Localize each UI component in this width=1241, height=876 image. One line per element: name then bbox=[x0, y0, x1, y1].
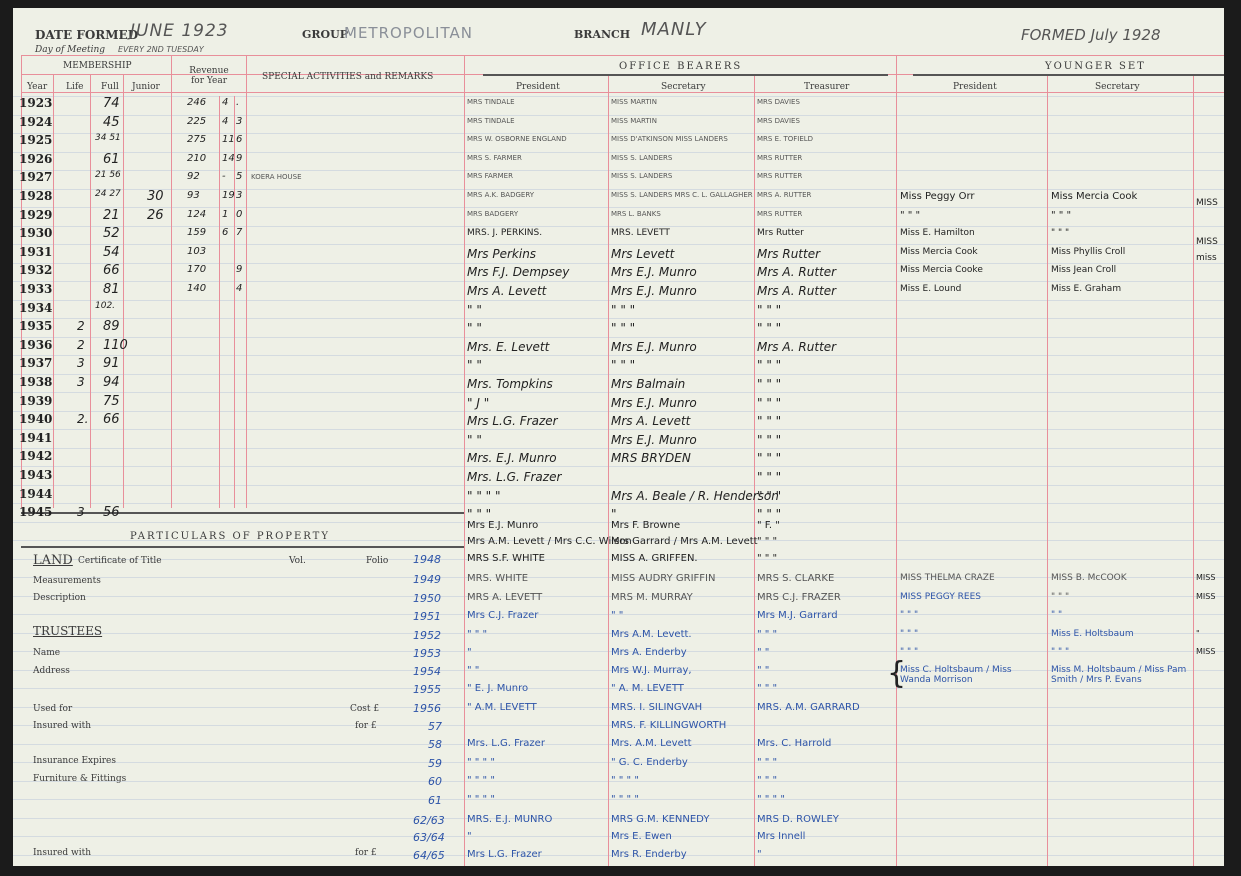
life-cell: 2. bbox=[77, 412, 88, 426]
later-year-cell: 57 bbox=[428, 720, 442, 733]
president-cell: Mrs L.G. Frazer bbox=[467, 414, 558, 428]
full-cell: 102. bbox=[95, 301, 115, 311]
revenue-shillings: 1 bbox=[222, 209, 228, 220]
later-treasurer-cell: MRS D. ROWLEY bbox=[757, 814, 839, 825]
treasurer-cell: " " " bbox=[757, 303, 781, 317]
insured-with-label: Insured with bbox=[33, 721, 91, 731]
full-cell: 74 bbox=[103, 96, 120, 111]
later-treasurer-cell: " " " bbox=[757, 757, 777, 768]
later-year-cell: 64/65 bbox=[413, 849, 445, 862]
later-year-cell: 60 bbox=[428, 775, 442, 788]
full-header: Full bbox=[101, 82, 119, 92]
property-divider bbox=[21, 546, 464, 548]
later-president-cell: Mrs C.J. Frazer bbox=[467, 610, 538, 621]
ys-secretary-cell: " " " bbox=[1051, 210, 1071, 221]
later-treasurer-cell: Mrs Innell bbox=[757, 831, 805, 842]
section-divider bbox=[21, 512, 464, 514]
full-cell: 56 bbox=[103, 505, 120, 520]
later-treasurer-cell: MRS. A.M. GARRARD bbox=[757, 702, 860, 713]
full-cell: 24 27 bbox=[95, 189, 121, 199]
description-label: Description bbox=[33, 593, 86, 603]
later-treasurer-cell: " " bbox=[757, 647, 769, 658]
full-cell: 61 bbox=[103, 152, 120, 167]
year-cell: 1938 bbox=[19, 375, 52, 389]
junior-cell: 26 bbox=[147, 208, 164, 223]
later-president-cell: " " " " bbox=[467, 794, 495, 805]
president-cell: MRS W. OSBORNE ENGLAND bbox=[467, 135, 567, 143]
branch-label: BRANCH bbox=[574, 28, 630, 41]
president-cell: Mrs. Tompkins bbox=[467, 377, 553, 391]
life-cell: 3 bbox=[77, 375, 85, 389]
treasurer-cell: Mrs Rutter bbox=[757, 247, 820, 261]
column-rule bbox=[608, 74, 609, 866]
later-secretary-cell: MRS. I. SILINGVAH bbox=[611, 702, 702, 713]
later-year-cell: 1948 bbox=[413, 553, 441, 566]
later-treasurer-cell: " " " bbox=[757, 629, 777, 640]
life-cell: 2 bbox=[77, 338, 85, 352]
secretary-cell: Mrs A. Levett bbox=[611, 414, 690, 428]
later-secretary-cell: MISS AUDRY GRIFFIN bbox=[611, 573, 716, 584]
revenue-pounds: 275 bbox=[187, 134, 206, 145]
later-president-cell: " " " " bbox=[467, 775, 495, 786]
treasurer-cell: MRS RUTTER bbox=[757, 172, 802, 180]
president-cell: " " " bbox=[467, 507, 491, 521]
ys-president-cell: Miss Mercia Cooke bbox=[900, 265, 983, 275]
ys-secretary-cell: " " " bbox=[1051, 228, 1069, 238]
later-president-cell: " " " bbox=[467, 629, 487, 640]
secretary-cell: MISS MARTIN bbox=[611, 98, 657, 106]
secretary-header: Secretary bbox=[661, 82, 706, 92]
later-year-cell: 61 bbox=[428, 794, 442, 807]
later-ys-extra-cell: " bbox=[1196, 629, 1200, 638]
treasurer-cell: Mrs A. Rutter bbox=[757, 265, 836, 279]
membership-header: MEMBERSHIP bbox=[63, 61, 132, 71]
ys-extra-cell: MISS bbox=[1196, 198, 1218, 208]
treasurer-cell: Mrs A. Rutter bbox=[757, 340, 836, 354]
year-cell: 1925 bbox=[19, 133, 52, 147]
life-header: Life bbox=[66, 82, 84, 92]
year-cell: 1930 bbox=[19, 226, 52, 240]
cost-label: Cost £ bbox=[350, 704, 379, 714]
ruled-line bbox=[13, 244, 1224, 245]
column-rule bbox=[1047, 74, 1048, 866]
later-treasurer-cell: " " " bbox=[757, 683, 777, 694]
junior-cell: 30 bbox=[147, 189, 164, 204]
secretary-cell: MISS S. LANDERS MRS C. L. GALLAGHER bbox=[611, 191, 753, 199]
treasurer-cell: " " " bbox=[757, 507, 781, 521]
secretary-cell: Mrs E.J. Munro bbox=[611, 284, 697, 298]
later-year-cell: 62/63 bbox=[413, 814, 445, 827]
full-cell: 75 bbox=[103, 394, 120, 409]
name-label: Name bbox=[33, 648, 60, 658]
revenue-shillings: 6 bbox=[222, 227, 228, 238]
office-bearers-rule bbox=[483, 74, 888, 76]
later-year-cell: 1956 bbox=[413, 702, 441, 715]
full-cell: 34 51 bbox=[95, 133, 121, 143]
full-cell: 52 bbox=[103, 226, 120, 241]
president-cell: Mrs A. Levett bbox=[467, 284, 546, 298]
year-cell: 1945 bbox=[19, 505, 52, 519]
year-cell: 1940 bbox=[19, 412, 52, 426]
year-cell: 1936 bbox=[19, 338, 52, 352]
later-secretary-cell: Mrs R. Enderby bbox=[611, 849, 687, 860]
secretary-cell: MRS. LEVETT bbox=[611, 228, 670, 238]
full-cell: 54 bbox=[103, 245, 120, 260]
later-year-cell: 63/64 bbox=[413, 831, 445, 844]
later-secretary-cell: " " " " bbox=[611, 794, 639, 805]
column-rule bbox=[123, 74, 124, 508]
later-year-cell: 1949 bbox=[413, 573, 441, 586]
year-cell: 1934 bbox=[19, 301, 52, 315]
treasurer-cell: MRS RUTTER bbox=[757, 210, 802, 218]
trustees-label: TRUSTEES bbox=[33, 624, 102, 638]
secretary-cell: " " " bbox=[611, 303, 635, 317]
later-ys-extra-cell: MISS bbox=[1196, 647, 1215, 656]
ruled-line bbox=[13, 392, 1224, 393]
column-rule bbox=[53, 74, 54, 508]
president-cell: MRS FARMER bbox=[467, 172, 513, 180]
later-treasurer-cell: " " bbox=[757, 665, 769, 676]
year-cell: 1923 bbox=[19, 96, 52, 110]
later-president-cell: " " bbox=[467, 665, 479, 676]
later-secretary-cell: Mrs A.M. Levett. bbox=[611, 629, 692, 640]
later-ys-secretary-cell: MISS B. McCOOK bbox=[1051, 573, 1191, 583]
column-rule bbox=[754, 74, 755, 866]
ruled-line bbox=[13, 318, 1224, 319]
later-ys-president-cell: " " " bbox=[900, 647, 1045, 657]
president-cell: MRS S. FARMER bbox=[467, 154, 522, 162]
president-cell: " J " bbox=[467, 396, 489, 410]
treasurer-cell: " " " bbox=[757, 358, 781, 372]
vol-label: Vol. bbox=[289, 556, 306, 566]
younger-set-header: YOUNGER SET bbox=[1045, 61, 1146, 72]
revenue-pence: . bbox=[236, 97, 239, 108]
ys-secretary-cell: Miss Phyllis Croll bbox=[1051, 247, 1125, 257]
full-cell: 45 bbox=[103, 115, 120, 130]
full-cell: 94 bbox=[103, 375, 120, 390]
later-treasurer-cell: " F. " bbox=[757, 520, 780, 531]
header-rule bbox=[21, 55, 1224, 56]
ruled-line bbox=[13, 429, 1224, 430]
secretary-cell: MISS MARTIN bbox=[611, 117, 657, 125]
later-year-cell: 1952 bbox=[413, 629, 441, 642]
later-year-cell: 1950 bbox=[413, 592, 441, 605]
full-cell: 21 bbox=[103, 208, 120, 223]
ys-secretary-cell: Miss Mercia Cook bbox=[1051, 191, 1137, 202]
land-label: LAND bbox=[33, 553, 73, 568]
year-header: Year bbox=[27, 82, 47, 92]
later-president-cell: Mrs E.J. Munro bbox=[467, 520, 538, 531]
later-president-cell: " A.M. LEVETT bbox=[467, 702, 537, 713]
revenue-shillings: 19 bbox=[222, 190, 235, 201]
treasurer-header: Treasurer bbox=[804, 82, 849, 92]
header-rule bbox=[21, 92, 1224, 93]
secretary-cell: Mrs E.J. Munro bbox=[611, 433, 697, 447]
secretary-cell: Mrs E.J. Munro bbox=[611, 396, 697, 410]
president-cell: MRS BADGERY bbox=[467, 210, 518, 218]
secretary-cell: " " " bbox=[611, 321, 635, 335]
ruled-line bbox=[13, 374, 1224, 375]
revenue-pounds: 225 bbox=[187, 116, 206, 127]
president-header: President bbox=[516, 82, 560, 92]
address-label: Address bbox=[33, 666, 70, 676]
year-cell: 1924 bbox=[19, 115, 52, 129]
group-value: METROPOLITAN bbox=[344, 24, 473, 42]
president-cell: MRS TINDALE bbox=[467, 98, 515, 106]
later-treasurer-cell: " " " bbox=[757, 553, 777, 564]
revenue-shillings: 4 bbox=[222, 97, 228, 108]
remark-cell: KOERA HOUSE bbox=[251, 173, 302, 181]
later-ys-extra-cell: MISS bbox=[1196, 573, 1215, 582]
president-cell: " " bbox=[467, 321, 482, 335]
secretary-cell: MRS L. BANKS bbox=[611, 210, 661, 218]
ruled-line bbox=[13, 485, 1224, 486]
column-rule bbox=[171, 55, 172, 508]
secretary-cell: Mrs Levett bbox=[611, 247, 674, 261]
president-cell: " " " " bbox=[467, 489, 501, 503]
later-treasurer-cell: " " " " bbox=[757, 794, 785, 805]
later-president-cell: MRS. E.J. MUNRO bbox=[467, 814, 552, 825]
later-treasurer-cell: MRS C.J. FRAZER bbox=[757, 592, 841, 603]
for-pound-2-label: for £ bbox=[355, 848, 377, 858]
year-cell: 1927 bbox=[19, 170, 52, 184]
date-formed-label: DATE FORMED bbox=[35, 28, 138, 42]
year-cell: 1937 bbox=[19, 356, 52, 370]
president-cell: MRS TINDALE bbox=[467, 117, 515, 125]
day-of-meeting-value: EVERY 2ND TUESDAY bbox=[118, 45, 204, 54]
year-cell: 1929 bbox=[19, 208, 52, 222]
president-cell: MRS A.K. BADGERY bbox=[467, 191, 534, 199]
secretary-cell: MISS D'ATKINSON MISS LANDERS bbox=[611, 135, 728, 143]
treasurer-cell: Mrs Rutter bbox=[757, 228, 804, 238]
year-cell: 1939 bbox=[19, 394, 52, 408]
later-president-cell: Mrs A.M. Levett / Mrs C.C. Wilson bbox=[467, 536, 632, 547]
later-secretary-cell: Mrs Garrard / Mrs A.M. Levett bbox=[611, 536, 758, 547]
later-treasurer-cell: " " " bbox=[757, 775, 777, 786]
later-secretary-cell: Mrs E. Ewen bbox=[611, 831, 672, 842]
later-ys-secretary-cell: " " " bbox=[1051, 592, 1191, 602]
ys-secretary-cell: Miss Jean Croll bbox=[1051, 265, 1116, 275]
treasurer-cell: " " " bbox=[757, 489, 781, 503]
later-year-cell: 1954 bbox=[413, 665, 441, 678]
president-cell: Mrs F.J. Dempsey bbox=[467, 265, 569, 279]
later-ys-president-cell: Miss C. Holtsbaum / Miss Wanda Morrison bbox=[900, 665, 1045, 685]
later-ys-secretary-cell: Miss E. Holtsbaum bbox=[1051, 629, 1191, 639]
later-president-cell: MRS A. LEVETT bbox=[467, 592, 542, 603]
treasurer-cell: " " " bbox=[757, 414, 781, 428]
revenue-header: Revenue for Year bbox=[185, 66, 233, 86]
year-cell: 1943 bbox=[19, 468, 52, 482]
year-cell: 1931 bbox=[19, 245, 52, 259]
ruled-line bbox=[13, 466, 1224, 467]
column-rule bbox=[896, 55, 897, 866]
life-cell: 3 bbox=[77, 356, 85, 370]
secretary-cell: " bbox=[611, 507, 617, 521]
column-rule bbox=[464, 55, 465, 866]
life-cell: 3 bbox=[77, 505, 85, 519]
office-bearers-header: OFFICE BEARERS bbox=[619, 61, 742, 72]
ruled-line bbox=[13, 300, 1224, 301]
later-secretary-cell: " G. C. Enderby bbox=[611, 757, 688, 768]
full-cell: 110 bbox=[103, 338, 128, 353]
later-president-cell: MRS S.F. WHITE bbox=[467, 553, 545, 564]
treasurer-cell: " " " bbox=[757, 396, 781, 410]
revenue-pence: 4 bbox=[236, 283, 242, 294]
full-cell: 81 bbox=[103, 282, 120, 297]
year-cell: 1941 bbox=[19, 431, 52, 445]
full-cell: 66 bbox=[103, 412, 120, 427]
president-cell: Mrs Perkins bbox=[467, 247, 536, 261]
full-cell: 91 bbox=[103, 356, 120, 371]
later-ys-secretary-cell: " " bbox=[1051, 610, 1191, 620]
ruled-line bbox=[13, 207, 1224, 208]
secretary-cell: Mrs Balmain bbox=[611, 377, 685, 391]
secretary-cell: MRS BRYDEN bbox=[611, 451, 691, 465]
later-president-cell: " bbox=[467, 831, 472, 842]
ruled-line bbox=[13, 281, 1224, 282]
later-president-cell: Mrs. L.G. Frazer bbox=[467, 738, 545, 749]
revenue-pounds: 159 bbox=[187, 227, 206, 238]
president-cell: Mrs. E.J. Munro bbox=[467, 451, 557, 465]
register-page: DATE FORMED JUNE 1923 Day of Meeting EVE… bbox=[13, 8, 1224, 866]
year-cell: 1944 bbox=[19, 487, 52, 501]
revenue-pounds: 92 bbox=[187, 171, 200, 182]
date-formed-value: JUNE 1923 bbox=[130, 21, 229, 41]
revenue-pounds: 210 bbox=[187, 153, 206, 164]
insured-with-2-label: Insured with bbox=[33, 848, 91, 858]
revenue-shillings: 11 bbox=[222, 134, 235, 145]
revenue-pence: 9 bbox=[236, 153, 242, 164]
for-pound-label: for £ bbox=[355, 721, 377, 731]
secretary-cell: Mrs E.J. Munro bbox=[611, 265, 697, 279]
later-treasurer-cell: " " " bbox=[757, 536, 777, 547]
secretary-cell: Mrs A. Beale / R. Henderson bbox=[611, 489, 779, 503]
younger-set-formed: FORMED July 1928 bbox=[1021, 26, 1161, 44]
revenue-pounds: 246 bbox=[187, 97, 206, 108]
younger-set-rule bbox=[913, 74, 1224, 76]
year-cell: 1932 bbox=[19, 263, 52, 277]
revenue-shillings: - bbox=[222, 171, 226, 182]
junior-header: Junior bbox=[132, 82, 160, 92]
year-cell: 1933 bbox=[19, 282, 52, 296]
column-rule bbox=[219, 96, 220, 508]
ys-president-cell: Miss E. Lound bbox=[900, 284, 961, 294]
later-year-cell: 1953 bbox=[413, 647, 441, 660]
later-ys-secretary-cell: " " " bbox=[1051, 647, 1191, 657]
ys-secretary-cell: Miss E. Graham bbox=[1051, 284, 1121, 294]
secretary-cell: MISS S. LANDERS bbox=[611, 172, 672, 180]
revenue-shillings: 14 bbox=[222, 153, 235, 164]
ys-secretary-header: Secretary bbox=[1095, 82, 1140, 92]
brace-mark: { bbox=[887, 656, 906, 691]
year-cell: 1935 bbox=[19, 319, 52, 333]
year-cell: 1928 bbox=[19, 189, 52, 203]
revenue-pounds: 93 bbox=[187, 190, 200, 201]
later-ys-president-cell: MISS THELMA CRAZE bbox=[900, 573, 1045, 583]
ruled-line bbox=[13, 355, 1224, 356]
later-secretary-cell: MRS M. MURRAY bbox=[611, 592, 693, 603]
revenue-pounds: 140 bbox=[187, 283, 206, 294]
secretary-cell: " " " bbox=[611, 358, 635, 372]
property-title: PARTICULARS OF PROPERTY bbox=[130, 531, 330, 542]
president-cell: " " bbox=[467, 358, 482, 372]
treasurer-cell: MRS A. RUTTER bbox=[757, 191, 811, 199]
column-rule bbox=[1193, 74, 1194, 866]
ruled-line bbox=[13, 337, 1224, 338]
measurements-label: Measurements bbox=[33, 576, 101, 586]
later-year-cell: 58 bbox=[428, 738, 442, 751]
ys-extra-cell: MISS bbox=[1196, 237, 1218, 247]
ys-extra-cell: miss bbox=[1196, 253, 1217, 263]
folio-label: Folio bbox=[366, 556, 388, 566]
later-secretary-cell: " A. M. LEVETT bbox=[611, 683, 684, 694]
ruled-line bbox=[13, 503, 1224, 504]
full-cell: 66 bbox=[103, 263, 120, 278]
revenue-pence: 6 bbox=[236, 134, 242, 145]
president-cell: " " bbox=[467, 303, 482, 317]
column-rule bbox=[246, 55, 247, 508]
ruled-line bbox=[13, 448, 1224, 449]
later-ys-president-cell: MISS PEGGY REES bbox=[900, 592, 1045, 602]
treasurer-cell: " " " bbox=[757, 433, 781, 447]
furniture-label: Furniture & Fittings bbox=[33, 774, 126, 784]
used-for-label: Used for bbox=[33, 704, 72, 714]
revenue-pounds: 103 bbox=[187, 246, 206, 257]
revenue-shillings: 4 bbox=[222, 116, 228, 127]
president-cell: " " bbox=[467, 433, 482, 447]
later-treasurer-cell: Mrs M.J. Garrard bbox=[757, 610, 838, 621]
full-cell: 89 bbox=[103, 319, 120, 334]
treasurer-cell: " " " bbox=[757, 377, 781, 391]
secretary-cell: Mrs E.J. Munro bbox=[611, 340, 697, 354]
revenue-pence: 5 bbox=[236, 171, 242, 182]
treasurer-cell: MRS RUTTER bbox=[757, 154, 802, 162]
full-cell: 21 56 bbox=[95, 170, 121, 180]
certificate-label: Certificate of Title bbox=[78, 556, 162, 566]
ys-president-cell: Miss Mercia Cook bbox=[900, 247, 978, 257]
later-year-cell: 59 bbox=[428, 757, 442, 770]
column-rule bbox=[90, 74, 91, 508]
later-treasurer-cell: Mrs. C. Harrold bbox=[757, 738, 831, 749]
ys-president-cell: Miss Peggy Orr bbox=[900, 191, 975, 202]
later-president-cell: Mrs L.G. Frazer bbox=[467, 849, 542, 860]
group-label: GROUP bbox=[302, 28, 348, 41]
revenue-pence: 0 bbox=[236, 209, 242, 220]
president-cell: MRS. J. PERKINS. bbox=[467, 228, 542, 238]
revenue-pounds: 170 bbox=[187, 264, 206, 275]
later-secretary-cell: Mrs F. Browne bbox=[611, 520, 680, 531]
later-secretary-cell: Mrs A. Enderby bbox=[611, 647, 687, 658]
life-cell: 2 bbox=[77, 319, 85, 333]
later-secretary-cell: MRS. F. KILLINGWORTH bbox=[611, 720, 726, 731]
treasurer-cell: MRS DAVIES bbox=[757, 117, 800, 125]
later-ys-secretary-cell: Miss M. Holtsbaum / Miss Pam Smith / Mrs… bbox=[1051, 665, 1191, 685]
later-treasurer-cell: " bbox=[757, 849, 762, 860]
insurance-expires-label: Insurance Expires bbox=[33, 756, 116, 766]
later-secretary-cell: " " bbox=[611, 610, 623, 621]
later-secretary-cell: " " " " bbox=[611, 775, 639, 786]
ruled-line bbox=[13, 411, 1224, 412]
later-president-cell: " " " " bbox=[467, 757, 495, 768]
later-year-cell: 1955 bbox=[413, 683, 441, 696]
ys-president-cell: Miss E. Hamilton bbox=[900, 228, 975, 238]
treasurer-cell: MRS DAVIES bbox=[757, 98, 800, 106]
president-cell: Mrs. E. Levett bbox=[467, 340, 549, 354]
day-of-meeting-label: Day of Meeting bbox=[35, 45, 105, 55]
revenue-pence: 3 bbox=[236, 190, 242, 201]
remarks-header: SPECIAL ACTIVITIES and REMARKS bbox=[262, 72, 433, 82]
revenue-pounds: 124 bbox=[187, 209, 206, 220]
